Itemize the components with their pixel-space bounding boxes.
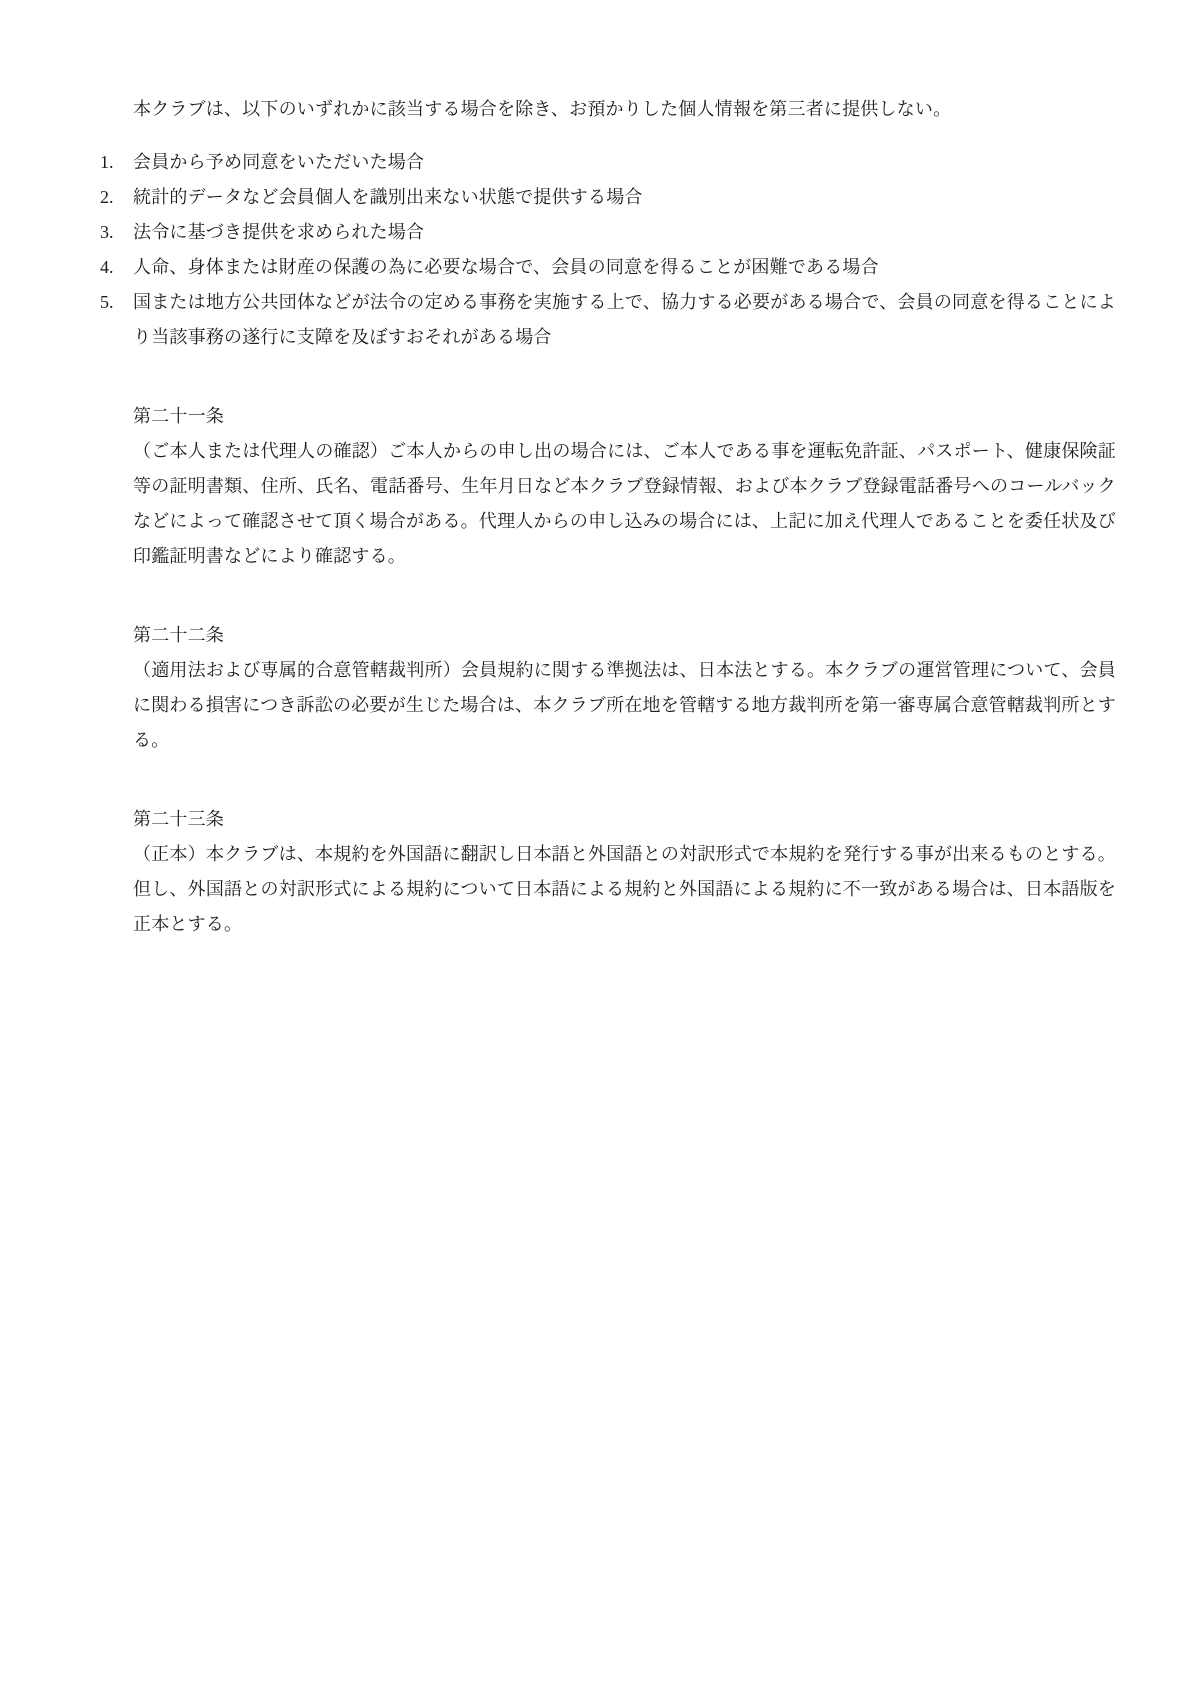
document-page: 本クラブは、以下のいずれかに該当する場合を除き、お預かりした個人情報を第三者に提… xyxy=(0,0,1191,1684)
list-item-number: 3. xyxy=(100,215,130,250)
list-item-number: 1. xyxy=(100,145,130,180)
list-item-number: 5. xyxy=(100,285,130,320)
list-item-number: 2. xyxy=(100,180,130,215)
list-item: 2. 統計的データなど会員個人を識別出来ない状態で提供する場合 xyxy=(133,180,1116,215)
list-item-text: 法令に基づき提供を求められた場合 xyxy=(133,222,424,242)
list-item-text: 国または地方公共団体などが法令の定める事務を実施する上で、協力する必要がある場合… xyxy=(133,292,1116,347)
list-item: 1. 会員から予め同意をいただいた場合 xyxy=(133,145,1116,180)
document-content: 本クラブは、以下のいずれかに該当する場合を除き、お預かりした個人情報を第三者に提… xyxy=(133,74,1116,942)
section-heading: 第二十一条 xyxy=(133,399,1116,434)
section-body: （ご本人または代理人の確認）ご本人からの申し出の場合には、ご本人である事を運転免… xyxy=(133,434,1116,574)
list-item-text: 統計的データなど会員個人を識別出来ない状態で提供する場合 xyxy=(133,187,643,207)
section-article-21: 第二十一条 （ご本人または代理人の確認）ご本人からの申し出の場合には、ご本人であ… xyxy=(133,399,1116,574)
list-item: 3. 法令に基づき提供を求められた場合 xyxy=(133,215,1116,250)
section-heading: 第二十二条 xyxy=(133,618,1116,653)
numbered-list: 1. 会員から予め同意をいただいた場合 2. 統計的データなど会員個人を識別出来… xyxy=(133,145,1116,355)
list-item-number: 4. xyxy=(100,250,130,285)
section-article-23: 第二十三条 （正本）本クラブは、本規約を外国語に翻訳し日本語と外国語との対訳形式… xyxy=(133,802,1116,942)
list-item: 5. 国または地方公共団体などが法令の定める事務を実施する上で、協力する必要があ… xyxy=(133,285,1116,355)
section-heading: 第二十三条 xyxy=(133,802,1116,837)
section-body: （適用法および専属的合意管轄裁判所）会員規約に関する準拠法は、日本法とする。本ク… xyxy=(133,653,1116,758)
list-item-text: 人命、身体または財産の保護の為に必要な場合で、会員の同意を得ることが困難である場… xyxy=(133,257,879,277)
section-article-22: 第二十二条 （適用法および専属的合意管轄裁判所）会員規約に関する準拠法は、日本法… xyxy=(133,618,1116,758)
list-item: 4. 人命、身体または財産の保護の為に必要な場合で、会員の同意を得ることが困難で… xyxy=(133,250,1116,285)
section-body: （正本）本クラブは、本規約を外国語に翻訳し日本語と外国語との対訳形式で本規約を発… xyxy=(133,837,1116,942)
list-item-text: 会員から予め同意をいただいた場合 xyxy=(133,152,424,172)
intro-paragraph: 本クラブは、以下のいずれかに該当する場合を除き、お預かりした個人情報を第三者に提… xyxy=(133,92,1116,127)
